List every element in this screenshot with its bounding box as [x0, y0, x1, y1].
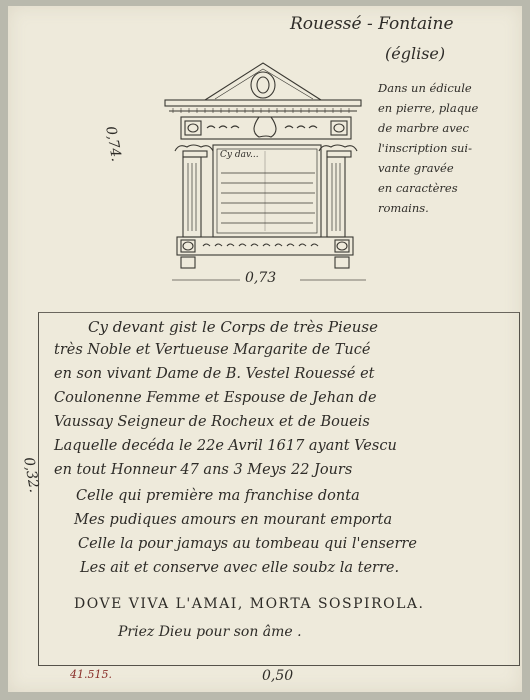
note-line: Dans un édicule: [378, 78, 518, 98]
inscription-line: en tout Honneur 47 ans 3 Meys 22 Jours: [54, 462, 352, 478]
heading-place: Rouessé - Fontaine: [290, 14, 454, 34]
inscription-line: Vaussay Seigneur de Rocheux et de Boueis: [54, 414, 370, 430]
note-line: en caractères: [378, 178, 518, 198]
note-line: en pierre, plaque: [378, 98, 518, 118]
inscription-line: Cy devant gist le Corps de très Pieuse: [88, 318, 378, 336]
plaque-width-dimension: 0,50: [262, 668, 293, 684]
inscription-line: très Noble et Vertueuse Margarite de Tuc…: [54, 342, 370, 358]
sketch-width-dimension: 0,73: [245, 270, 276, 286]
note-line: vante gravée: [378, 158, 518, 178]
inscription-closing: Priez Dieu pour son âme .: [118, 624, 302, 640]
verse-line: Celle qui première ma franchise donta: [76, 488, 360, 504]
verse-line: Les ait et conserve avec elle soubz la t…: [80, 560, 399, 576]
inscription-motto: DOVE VIVA L'AMAI, MORTA SOSPIROLA.: [74, 596, 424, 612]
verse-line: Mes pudiques amours en mourant emporta: [74, 512, 392, 528]
inscription-line: Coulonenne Femme et Espouse de Jehan de: [54, 390, 377, 406]
note-line: l'inscription sui-: [378, 138, 518, 158]
inscription-line: Laquelle decéda le 22e Avril 1617 ayant …: [54, 438, 397, 454]
aedicule-sketch: [155, 55, 375, 270]
heading-subtitle: (église): [385, 44, 445, 63]
verse-line: Celle la pour jamays au tombeau qui l'en…: [78, 536, 417, 552]
catalog-number: 41.515.: [70, 668, 112, 681]
inscription-line: en son vivant Dame de B. Vestel Rouessé …: [54, 366, 375, 382]
note-line: de marbre avec: [378, 118, 518, 138]
description-note: Dans un édicule en pierre, plaque de mar…: [378, 78, 518, 218]
note-line: romains.: [378, 198, 518, 218]
plaque-text-start: Cy dav...: [220, 150, 259, 160]
